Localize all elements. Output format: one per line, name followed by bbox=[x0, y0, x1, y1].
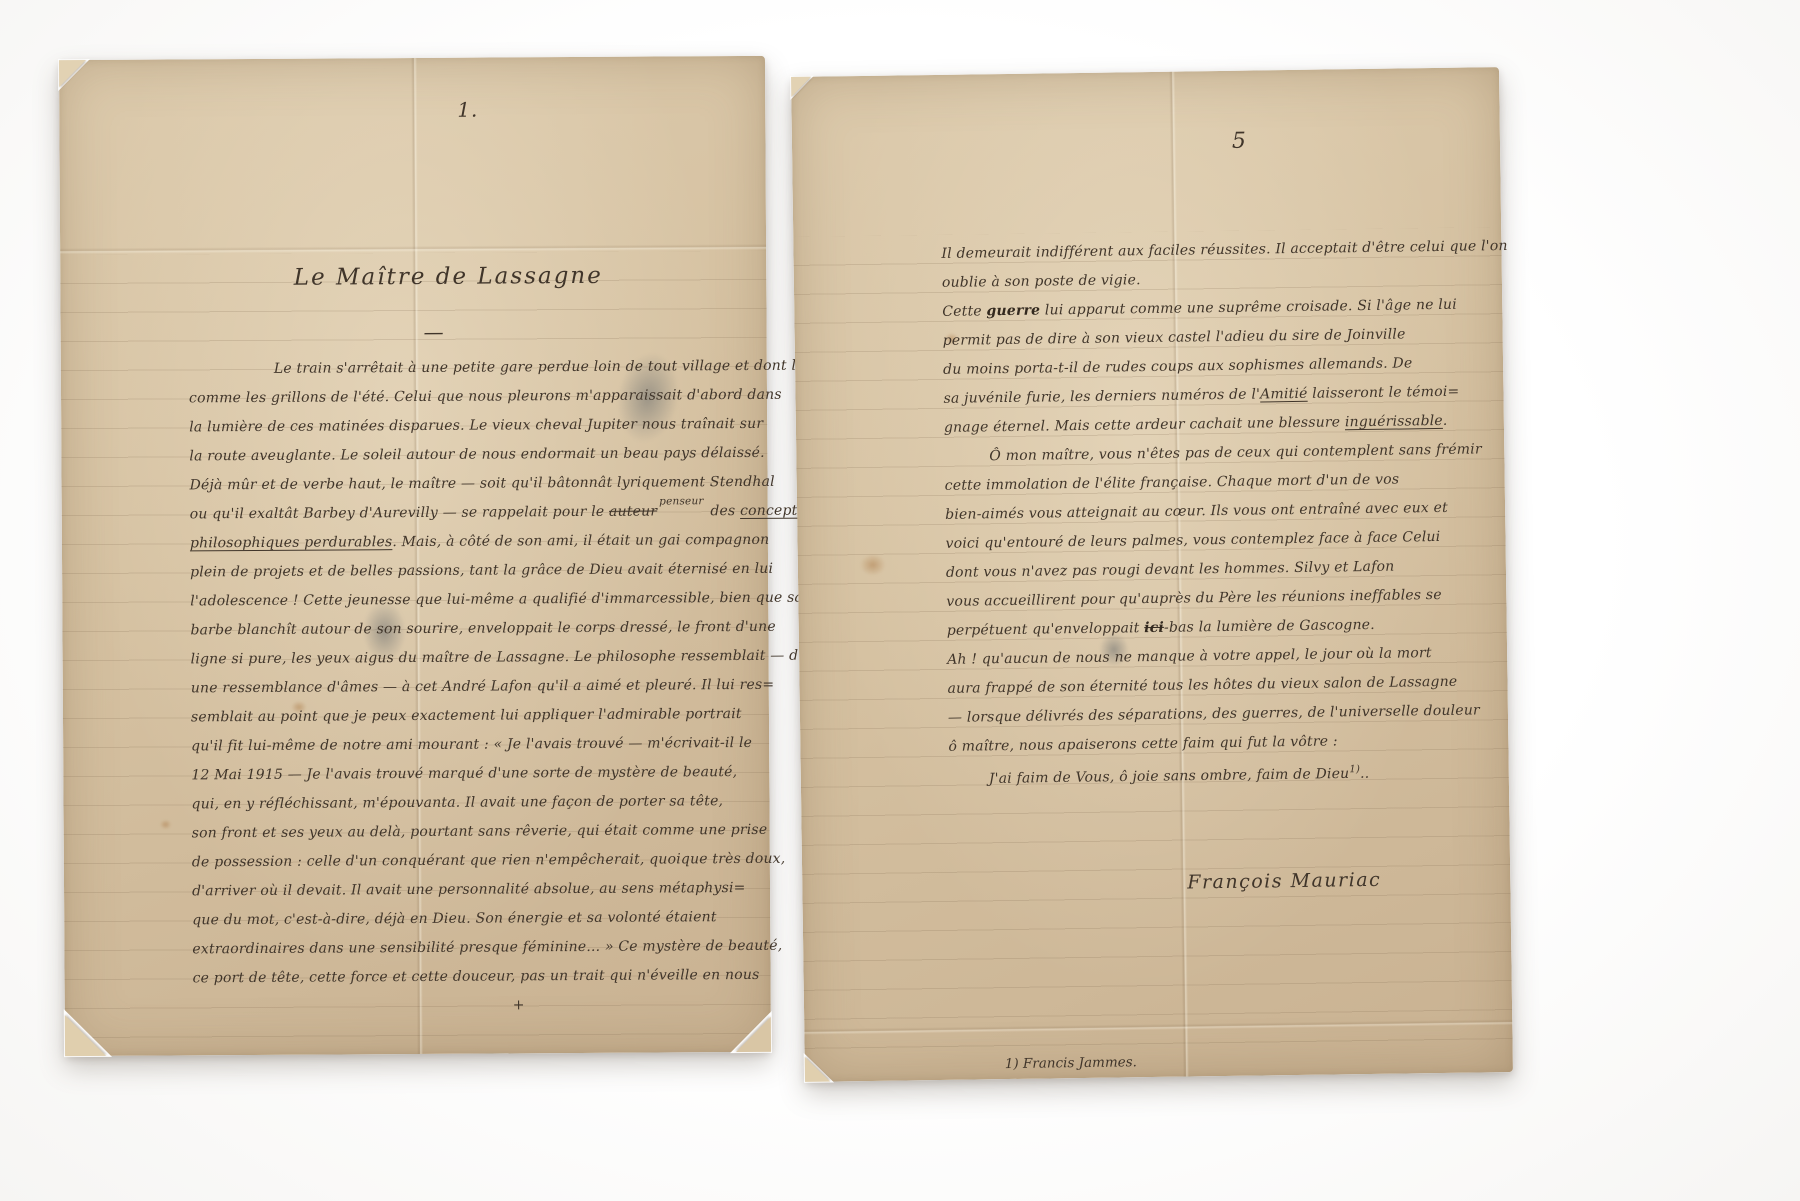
manuscript-line: l'adolescence ! Cette jeunesse que lui-m… bbox=[190, 584, 744, 616]
manuscript-line: la route aveuglante. Le soleil autour de… bbox=[189, 439, 743, 471]
page-number: 1. bbox=[457, 98, 478, 122]
folded-corner-cut bbox=[790, 76, 814, 100]
manuscript-body: Il demeurait indifférent aux faciles réu… bbox=[941, 231, 1489, 789]
manuscript-line: ligne si pure, les yeux aigus du maître … bbox=[191, 642, 745, 674]
folded-corner-cut bbox=[804, 1052, 834, 1082]
folded-corner-flap bbox=[736, 1017, 771, 1052]
manuscript-line: J'ai faim de Vous, ô joie sans ombre, fa… bbox=[949, 753, 1489, 790]
manuscript-body: Le train s'arrêtait à une petite gare pe… bbox=[189, 352, 747, 1022]
folded-corner-flap bbox=[805, 1057, 830, 1082]
manuscript-line: + bbox=[193, 990, 747, 1022]
manuscript-line: philosophiques perdurables. Mais, à côté… bbox=[190, 526, 744, 558]
manuscript-line: que du mot, c'est-à-dire, déjà en Dieu. … bbox=[192, 903, 746, 935]
manuscript-line: son front et ses yeux au delà, pourtant … bbox=[192, 816, 746, 848]
manuscript-line: ou qu'il exaltât Barbey d'Aurevilly — se… bbox=[190, 497, 744, 529]
title-dash: — bbox=[61, 318, 767, 346]
page-number: 5 bbox=[1232, 129, 1247, 154]
manuscript-line: ce port de tête, cette force et cette do… bbox=[192, 961, 746, 993]
signature: François Mauriac bbox=[1187, 869, 1381, 894]
footnote: 1) Francis Jammes. bbox=[1005, 1054, 1137, 1072]
manuscript-page-2: 5 Il demeurait indifférent aux faciles r… bbox=[791, 67, 1513, 1082]
manuscript-line: 12 Mai 1915 — Je l'avais trouvé marqué d… bbox=[191, 758, 745, 790]
foxing-spot bbox=[860, 554, 886, 576]
manuscript-line: qu'il fit lui-même de notre ami mourant … bbox=[191, 729, 745, 761]
foxing-spot bbox=[160, 819, 172, 829]
manuscript-line: barbe blanchît autour de son sourire, en… bbox=[190, 613, 744, 645]
folded-corner-flap bbox=[65, 1015, 106, 1056]
folded-corner-flap bbox=[59, 60, 86, 87]
manuscript-line: Le train s'arrêtait à une petite gare pe… bbox=[189, 352, 743, 384]
manuscript-line: plein de projets et de belles passions, … bbox=[190, 555, 744, 587]
manuscript-line: la lumière de ces matinées disparues. Le… bbox=[189, 410, 743, 442]
manuscript-line: extraordinaires dans une sensibilité pre… bbox=[192, 932, 746, 964]
manuscript-line: comme les grillons de l'été. Celui que n… bbox=[189, 381, 743, 413]
manuscript-line: qui, en y réfléchissant, m'épouvanta. Il… bbox=[191, 787, 745, 819]
folded-corner-flap bbox=[791, 77, 811, 97]
manuscript-line: de possession : celle d'un conquérant qu… bbox=[192, 845, 746, 877]
manuscript-line: d'arriver où il devait. Il avait une per… bbox=[192, 874, 746, 906]
folded-corner-cut bbox=[58, 59, 90, 91]
manuscript-line: semblait au point que je peux exactement… bbox=[191, 700, 745, 732]
horizontal-fold-crease bbox=[60, 244, 766, 254]
manuscript-page-1: 1. Le Maître de Lassagne — Le train s'ar… bbox=[59, 56, 771, 1056]
manuscript-line: une ressemblance d'âmes — à cet André La… bbox=[191, 671, 745, 703]
folded-corner-cut bbox=[64, 1009, 112, 1057]
manuscript-title: Le Maître de Lassagne bbox=[60, 262, 766, 292]
horizontal-fold-crease bbox=[804, 1019, 1512, 1035]
